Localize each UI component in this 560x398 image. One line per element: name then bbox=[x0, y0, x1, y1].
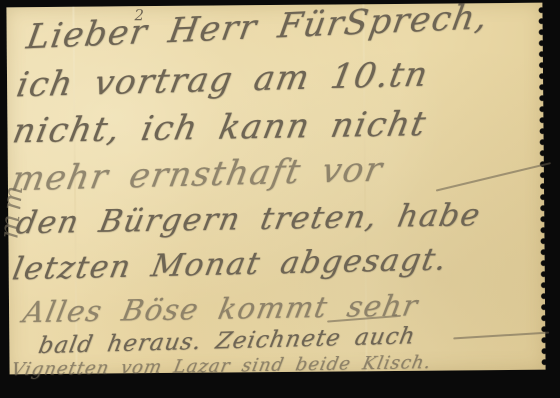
handwriting-line-2: ich vortrag am 10.tn bbox=[13, 54, 432, 105]
photograph-background: 2 Lieber Herr FürSprech, ich vortrag am … bbox=[0, 0, 560, 398]
handwriting-line-1: Lieber Herr FürSprech, bbox=[24, 0, 492, 57]
handwriting-line-4: mehr ernsthaft vor bbox=[8, 150, 386, 200]
pencil-stroke bbox=[436, 162, 551, 191]
perforated-edge bbox=[535, 0, 550, 374]
note-paper: 2 Lieber Herr FürSprech, ich vortrag am … bbox=[6, 3, 545, 375]
handwriting-line-5: den Bürgern treten, habe bbox=[13, 197, 484, 241]
handwriting-line-7: Alles Böse kommt sehr bbox=[20, 288, 421, 329]
handwriting-line-3: nicht, ich kann nicht bbox=[10, 104, 431, 151]
pencil-stroke bbox=[453, 332, 549, 340]
handwriting-line-6: letzten Monat abgesagt. bbox=[10, 241, 451, 287]
